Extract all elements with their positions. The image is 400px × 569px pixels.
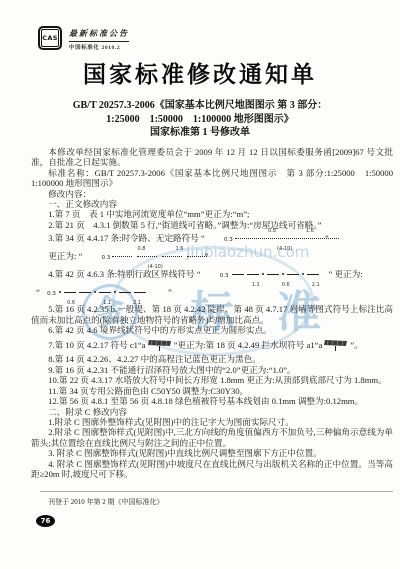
dimension-label: 0.6 <box>62 301 75 306</box>
dash <box>64 292 76 294</box>
dam-icon <box>323 338 349 352</box>
symbol-line-width: 0.3 <box>102 255 111 261</box>
dotted-segment <box>162 255 182 257</box>
dash <box>267 274 279 276</box>
item-4-correct-label: 更正为: <box>335 269 363 279</box>
item-6: 6.第 42 页 4.6 境界线状符号中的方形实点更正为圆形实点。 <box>31 325 393 335</box>
appendix-item-1: 1.附录 C 图廓外整饰样式(见附图)中的注记字大为图面实际尺寸。 <box>31 417 393 427</box>
doc-subtitle: GB/T 20257.3-2006《国家基本比例尺地图图示 第 3 部分： 1:… <box>0 99 400 140</box>
item-8: 8.第 14 页 4.2.26、4.2.27 中的高程注记蓝色更正为黑色。 <box>31 354 393 364</box>
dot <box>114 291 116 293</box>
item-3-text: 3.第 34 页 4.4.17 条:时令路、无定路符号 <box>48 233 199 243</box>
dimension-label: 0.6 <box>265 283 290 288</box>
item-10: 10.第 22 页 4.3.17 水塔放大符号中间长方形宽 1.8mm 更正为:… <box>31 375 393 385</box>
dash <box>232 274 244 276</box>
dash <box>99 292 111 294</box>
content-label: 修改内容： <box>31 189 393 199</box>
road-symbol-old: 0.30.81.6(4-10) <box>205 235 325 248</box>
border-symbol-old: 0.31.10.62.1 <box>201 271 329 284</box>
masthead-text: 最新标准公告 中国标准化 2010.2 <box>69 26 129 51</box>
dash <box>79 292 91 294</box>
border-symbol-new: 0.30.61.12.1 <box>40 289 168 302</box>
dot <box>302 273 304 275</box>
dotted-segment <box>112 255 132 257</box>
dot <box>94 291 96 293</box>
masthead-banner-subtitle: 中国标准化 2010.2 <box>69 43 129 51</box>
quote-close: ” <box>329 269 333 279</box>
dot <box>282 273 284 275</box>
appendix-item-3: 3. 附录 C 图廓整饰样式(见附图)中直线比例尺调整至图廓下方正中位置。 <box>31 448 393 458</box>
dimension-label: (4-10) <box>130 265 162 270</box>
item-3-correct-label: 更正为: <box>48 251 76 261</box>
subtitle-line-1: GB/T 20257.3-2006《国家基本比例尺地图图示 第 3 部分： <box>0 99 400 113</box>
item-11: 11.第 34 页专用公路面色由 C50Y50 调整为:C30Y30。 <box>31 386 393 396</box>
dash <box>307 274 319 276</box>
cas-logo: CAS <box>38 26 62 50</box>
item-5: 5.第 16 页 4.2.35 b.一般堤、第 18 页 4.2.42 陡岸、第… <box>31 304 393 325</box>
dotted-segment <box>187 255 207 257</box>
masthead-banner-title: 最新标准公告 <box>69 28 129 39</box>
road-symbol-new: 0.30.81.6(4-10) <box>82 253 204 266</box>
item-2: 2.第 21 页 4.3.1 倒数第 5 行,“街道线可省略。”调整为:“房屋边… <box>31 220 393 230</box>
dimension-label: 2.1 <box>295 283 320 288</box>
item-4-text: 4.第 42 页 4.6.3 条:特别行政区界线符号 <box>48 269 194 279</box>
dash <box>287 274 299 276</box>
section-2-heading: 二、附录 C 修改内容 <box>31 407 393 417</box>
dot <box>262 273 264 275</box>
subtitle-line-2: 1:25000 1:50000 1:100000 地形图图示》 <box>0 113 400 127</box>
dimension-label: 1.6 <box>158 247 183 252</box>
dash <box>247 274 259 276</box>
item-4-line-2: “0.30.61.12.1” <box>31 287 393 302</box>
item-9: 9.第 16 页 4.2.31 不能通行沼泽符号放大图中的“2.0”更正为:“1… <box>31 365 393 375</box>
item-7-text-3: ”。 <box>350 340 362 350</box>
symbol-line-width: 0.3 <box>47 291 56 297</box>
appendix-item-2: 2.附录 C 图廓整饰样式(见附图)中,三北方向线的角度值偏西方不加负号,三种偏… <box>31 427 393 448</box>
dimension-label: (4-10) <box>260 247 292 252</box>
item-7-text-1: 7.第 10 页 4.2.17 符号 c1“a <box>48 340 145 350</box>
dimension-label: 1.1 <box>235 283 260 288</box>
masthead-rule <box>69 41 129 42</box>
item-7: 7.第 10 页 4.2.17 符号 c1“a”更正为:第 18 页 4.2.4… <box>31 338 393 352</box>
dash <box>119 292 131 294</box>
document-body: 本修改单经国家标准化管理委员会于 2009 年 12 月 12 日以国标委服务函… <box>31 147 393 479</box>
dimension-label: 2.1 <box>128 301 141 306</box>
dash <box>134 292 146 294</box>
dotted-segment <box>137 255 157 257</box>
dimension-label: 1.6 <box>289 229 314 234</box>
symbol-line-width: 0.3 <box>224 237 233 243</box>
item-1: 1.第 7 页 表 1 中实地河流宽度单位“mm”更正为:“m”; <box>31 209 393 219</box>
appendix-item-4: 4. 附录 C 图廓整饰样式(见附图)中坡度尺在直线比例尺与出版机关名称的正中位… <box>31 459 393 480</box>
dot <box>59 291 61 293</box>
item-3-line-1: 3.第 34 页 4.4.17 条:时令路、无定路符号 “0.30.81.6(4… <box>31 233 393 248</box>
footer-divider <box>40 491 393 492</box>
dimension-label: 1.1 <box>98 301 111 306</box>
item-12: 12.第 56 页 4.8.1 至第 56 页 4.8.18 绿色植被符号基本线… <box>31 396 393 406</box>
dimension-label: 0.8 <box>120 247 145 252</box>
item-7-text-2: ”更正为:第 18 页 4.2.49 拦水坝符号 a1“a <box>174 340 323 350</box>
document-page: Jinbiaozhun.com 金 标 准 CAS 最新标准公告 中国标准化 2… <box>0 0 400 569</box>
item-3-line-2: 更正为: “0.30.81.6(4-10)” <box>31 251 393 266</box>
subtitle-line-3: 国家标准第 1 号修改单 <box>0 126 400 140</box>
masthead: CAS 最新标准公告 中国标准化 2010.2 <box>38 26 129 51</box>
page-title: 国家标准修改通知单 <box>0 56 400 89</box>
page-number-badge: 76 <box>36 515 55 527</box>
section-1-heading: 一、正文修改内容 <box>31 199 393 209</box>
item-4-line-1: 4.第 42 页 4.6.3 条:特别行政区界线符号 “0.31.10.62.1… <box>31 269 393 284</box>
standard-name: 标准名称：GB/T 20257.3-2006《国家基本比例尺地图图示 第 3 部… <box>31 168 393 189</box>
intro-paragraph: 本修改单经国家标准化管理委员会于 2009 年 12 月 12 日以国标委服务函… <box>31 147 393 168</box>
symbol-line-width: 0.3 <box>220 273 229 279</box>
dam-icon <box>147 338 173 352</box>
dotted-line <box>235 237 339 239</box>
footer-publication-note: 刊登于 2010 年第 2 期《中国标准化》 <box>48 497 164 507</box>
quote-close: ” <box>168 287 172 297</box>
dimension-label: 0.8 <box>251 229 276 234</box>
